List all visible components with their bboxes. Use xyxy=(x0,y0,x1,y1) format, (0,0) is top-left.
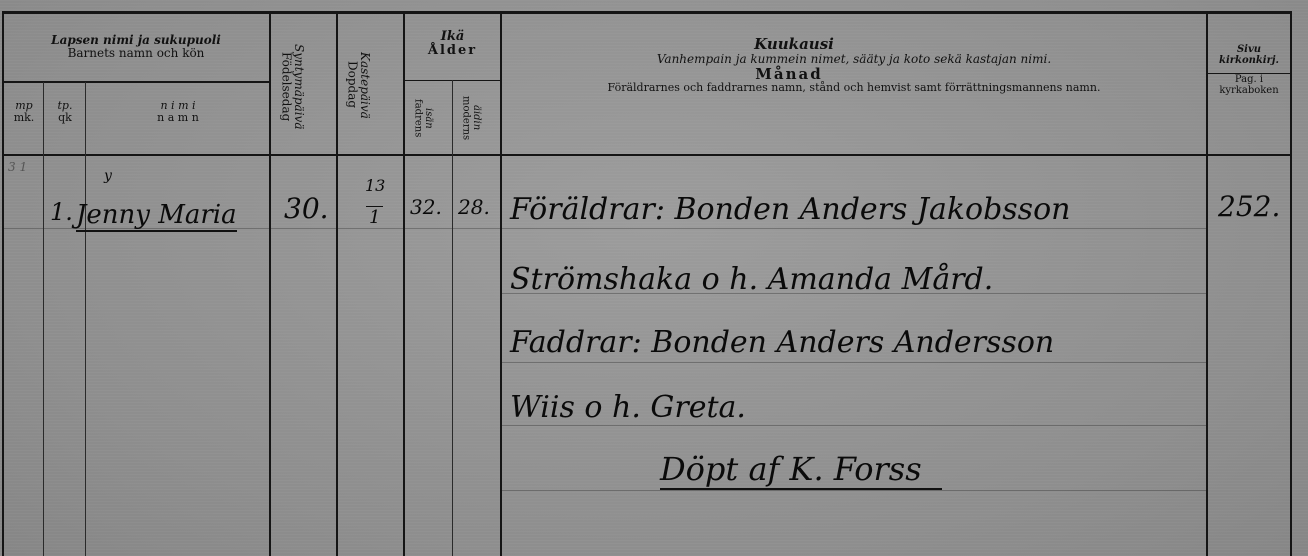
header-parents-fi: Vanhempain ja kummein nimet, sääty ja ko… xyxy=(502,53,1206,66)
col-rule xyxy=(336,12,338,556)
header-age-father-sv: fadrens xyxy=(413,99,424,137)
col-rule xyxy=(43,82,44,556)
header-birth-day-fi: Syntymäpäivä xyxy=(292,44,306,129)
header-birth-day-sv: Födelsedag xyxy=(280,52,294,121)
register-page: Lapsen nimi ja sukupuoli Barnets namn oc… xyxy=(0,0,1308,556)
header-name-sv: n a m n xyxy=(87,112,269,124)
entry-page-ref: 252. xyxy=(1218,190,1280,223)
entry-father-age: 32. xyxy=(410,195,442,219)
header-sex-male: mp mk. xyxy=(4,100,44,124)
header-sex-female: tp. qk xyxy=(45,100,85,124)
header-page-ref: Sivu kirkonkirj. Pag. i kyrkaboken xyxy=(1207,44,1291,96)
entry-text-line-5-signature: Döpt af K. Forss xyxy=(660,450,942,490)
entry-birth-day: 30. xyxy=(284,192,329,225)
header-page-ref-fi: Sivu kirkonkirj. xyxy=(1207,44,1291,66)
header-age-mother-sv: moderns xyxy=(461,96,472,140)
header-child-name-sex: Lapsen nimi ja sukupuoli Barnets namn oc… xyxy=(4,34,268,60)
header-month-fi: Kuukausi xyxy=(382,36,1206,53)
header-month-sv: Månad xyxy=(372,66,1206,83)
col-rule xyxy=(452,80,453,556)
header-child-name-sv: Barnets namn och kön xyxy=(4,47,268,60)
header-baptism-day: Kastepäivä Dopdag xyxy=(346,30,371,140)
header-baptism-day-sv: Dopdag xyxy=(346,61,360,108)
header-age-mother: äidin moderns xyxy=(460,86,481,150)
header-parents-sv: Föräldrarnes och faddrarnes namn, stånd … xyxy=(502,82,1206,94)
entry-sex-superscript: y xyxy=(104,168,112,184)
entry-mother-age: 28. xyxy=(458,195,490,219)
header-birth-day: Syntymäpäivä Födelsedag xyxy=(280,24,305,149)
col-rule xyxy=(269,12,271,556)
col-rule xyxy=(403,12,405,556)
col-rule xyxy=(85,82,86,556)
header-baptism-day-fi: Kastepäivä xyxy=(358,52,372,119)
header-month-parents: Kuukausi Vanhempain ja kummein nimet, sä… xyxy=(502,36,1206,94)
header-sex-male-sv: mk. xyxy=(4,112,44,124)
entry-text-line-2: Strömshaka o h. Amanda Mård. xyxy=(510,262,993,297)
header-name: n i m i n a m n xyxy=(87,100,269,124)
entry-sex-mark: 1. xyxy=(50,198,73,226)
header-age-mother-fi: äidin xyxy=(471,105,482,130)
ruled-line xyxy=(500,362,1207,363)
ruled-line xyxy=(500,228,1207,229)
header-bottom-rule xyxy=(2,154,1292,156)
header-page-ref-sv: Pag. i kyrkaboken xyxy=(1207,74,1291,96)
header-age-father: isän fadrens xyxy=(412,86,433,150)
header-sex-female-sv: qk xyxy=(45,112,85,124)
entry-baptism-num: 13 xyxy=(365,176,385,195)
header-age-father-fi: isän xyxy=(423,108,434,129)
col-rule xyxy=(2,12,4,556)
entry-baptism-den: 1 xyxy=(366,206,383,228)
entry-text-line-1: Föräldrar: Bonden Anders Jakobsson xyxy=(510,192,1070,227)
entry-text-line-4: Wiis o h. Greta. xyxy=(510,390,746,425)
ruled-line xyxy=(500,425,1207,426)
ruled-line xyxy=(500,490,1207,491)
entry-text-line-3: Faddrar: Bonden Anders Andersson xyxy=(510,325,1054,360)
top-rule xyxy=(2,11,1292,14)
entry-child-name: Jenny Maria xyxy=(76,200,237,232)
margin-note: 3 1 xyxy=(8,160,27,174)
